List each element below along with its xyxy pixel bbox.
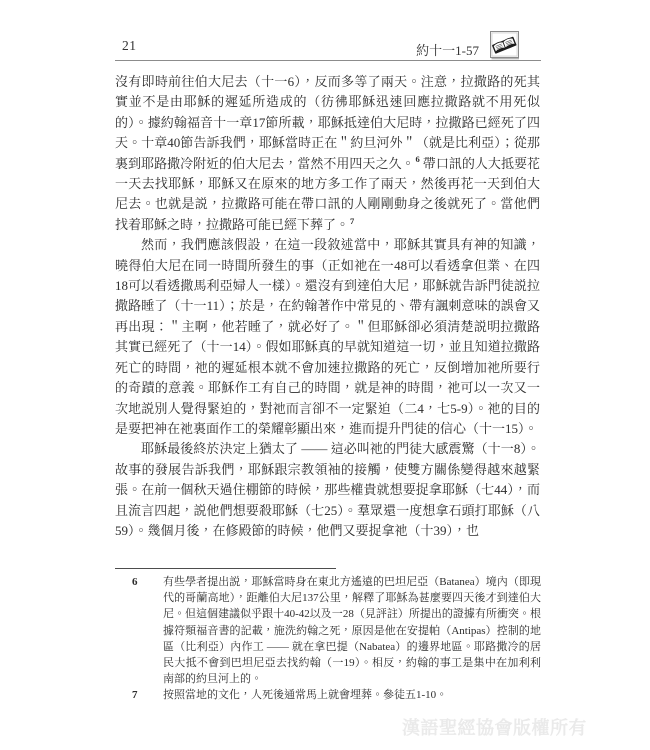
body-text: 沒有即時前往伯大尼去（十一6），反而多等了兩天。注意，拉撒路的死其實並不是由耶穌…	[115, 72, 540, 541]
footnote-reference: 7	[350, 216, 354, 226]
footnote-divider	[115, 568, 336, 569]
footnote-text: 按照當地的文化，人死後通常馬上就會埋葬。參徒五1-10。	[163, 687, 541, 703]
page-number: 21	[122, 38, 137, 54]
paragraph: 然而，我們應該假設，在這一段敘述當中，耶穌其實具有神的知識，曉得伯大尼在同一時間…	[115, 235, 540, 439]
book-page: 21 約十一1-57 沒有即時前往伯大尼去（十一6），反而多等了兩天。注意，拉撒…	[0, 0, 650, 750]
chapter-reference: 約十一1-57	[416, 40, 479, 59]
footnote: 7按照當地的文化，人死後通常馬上就會埋葬。參徒五1-10。	[115, 687, 541, 703]
open-book-icon	[490, 31, 520, 60]
footnote-number: 6	[115, 574, 163, 687]
page-header: 21 約十一1-57	[115, 32, 541, 60]
footnote: 6有些學者提出説，耶穌當時身在東北方遙遠的巴坦尼亞（Batanea）境內（即現代…	[115, 574, 541, 687]
footnote-number: 7	[115, 687, 163, 703]
header-divider	[115, 60, 541, 61]
copyright-watermark: 漢語聖經協會版權所有	[402, 714, 587, 740]
paragraph: 耶穌最後終於決定上猶太了 —— 這必叫祂的門徒大感震驚（十一8）。故事的發展告訴…	[115, 439, 540, 541]
paragraph: 沒有即時前往伯大尼去（十一6），反而多等了兩天。注意，拉撒路的死其實並不是由耶穌…	[115, 72, 540, 235]
footnote-reference: 6	[416, 154, 420, 164]
footnote-text: 有些學者提出説，耶穌當時身在東北方遙遠的巴坦尼亞（Batanea）境內（即現代的…	[163, 574, 541, 687]
footnotes: 6有些學者提出説，耶穌當時身在東北方遙遠的巴坦尼亞（Batanea）境內（即現代…	[115, 574, 541, 704]
